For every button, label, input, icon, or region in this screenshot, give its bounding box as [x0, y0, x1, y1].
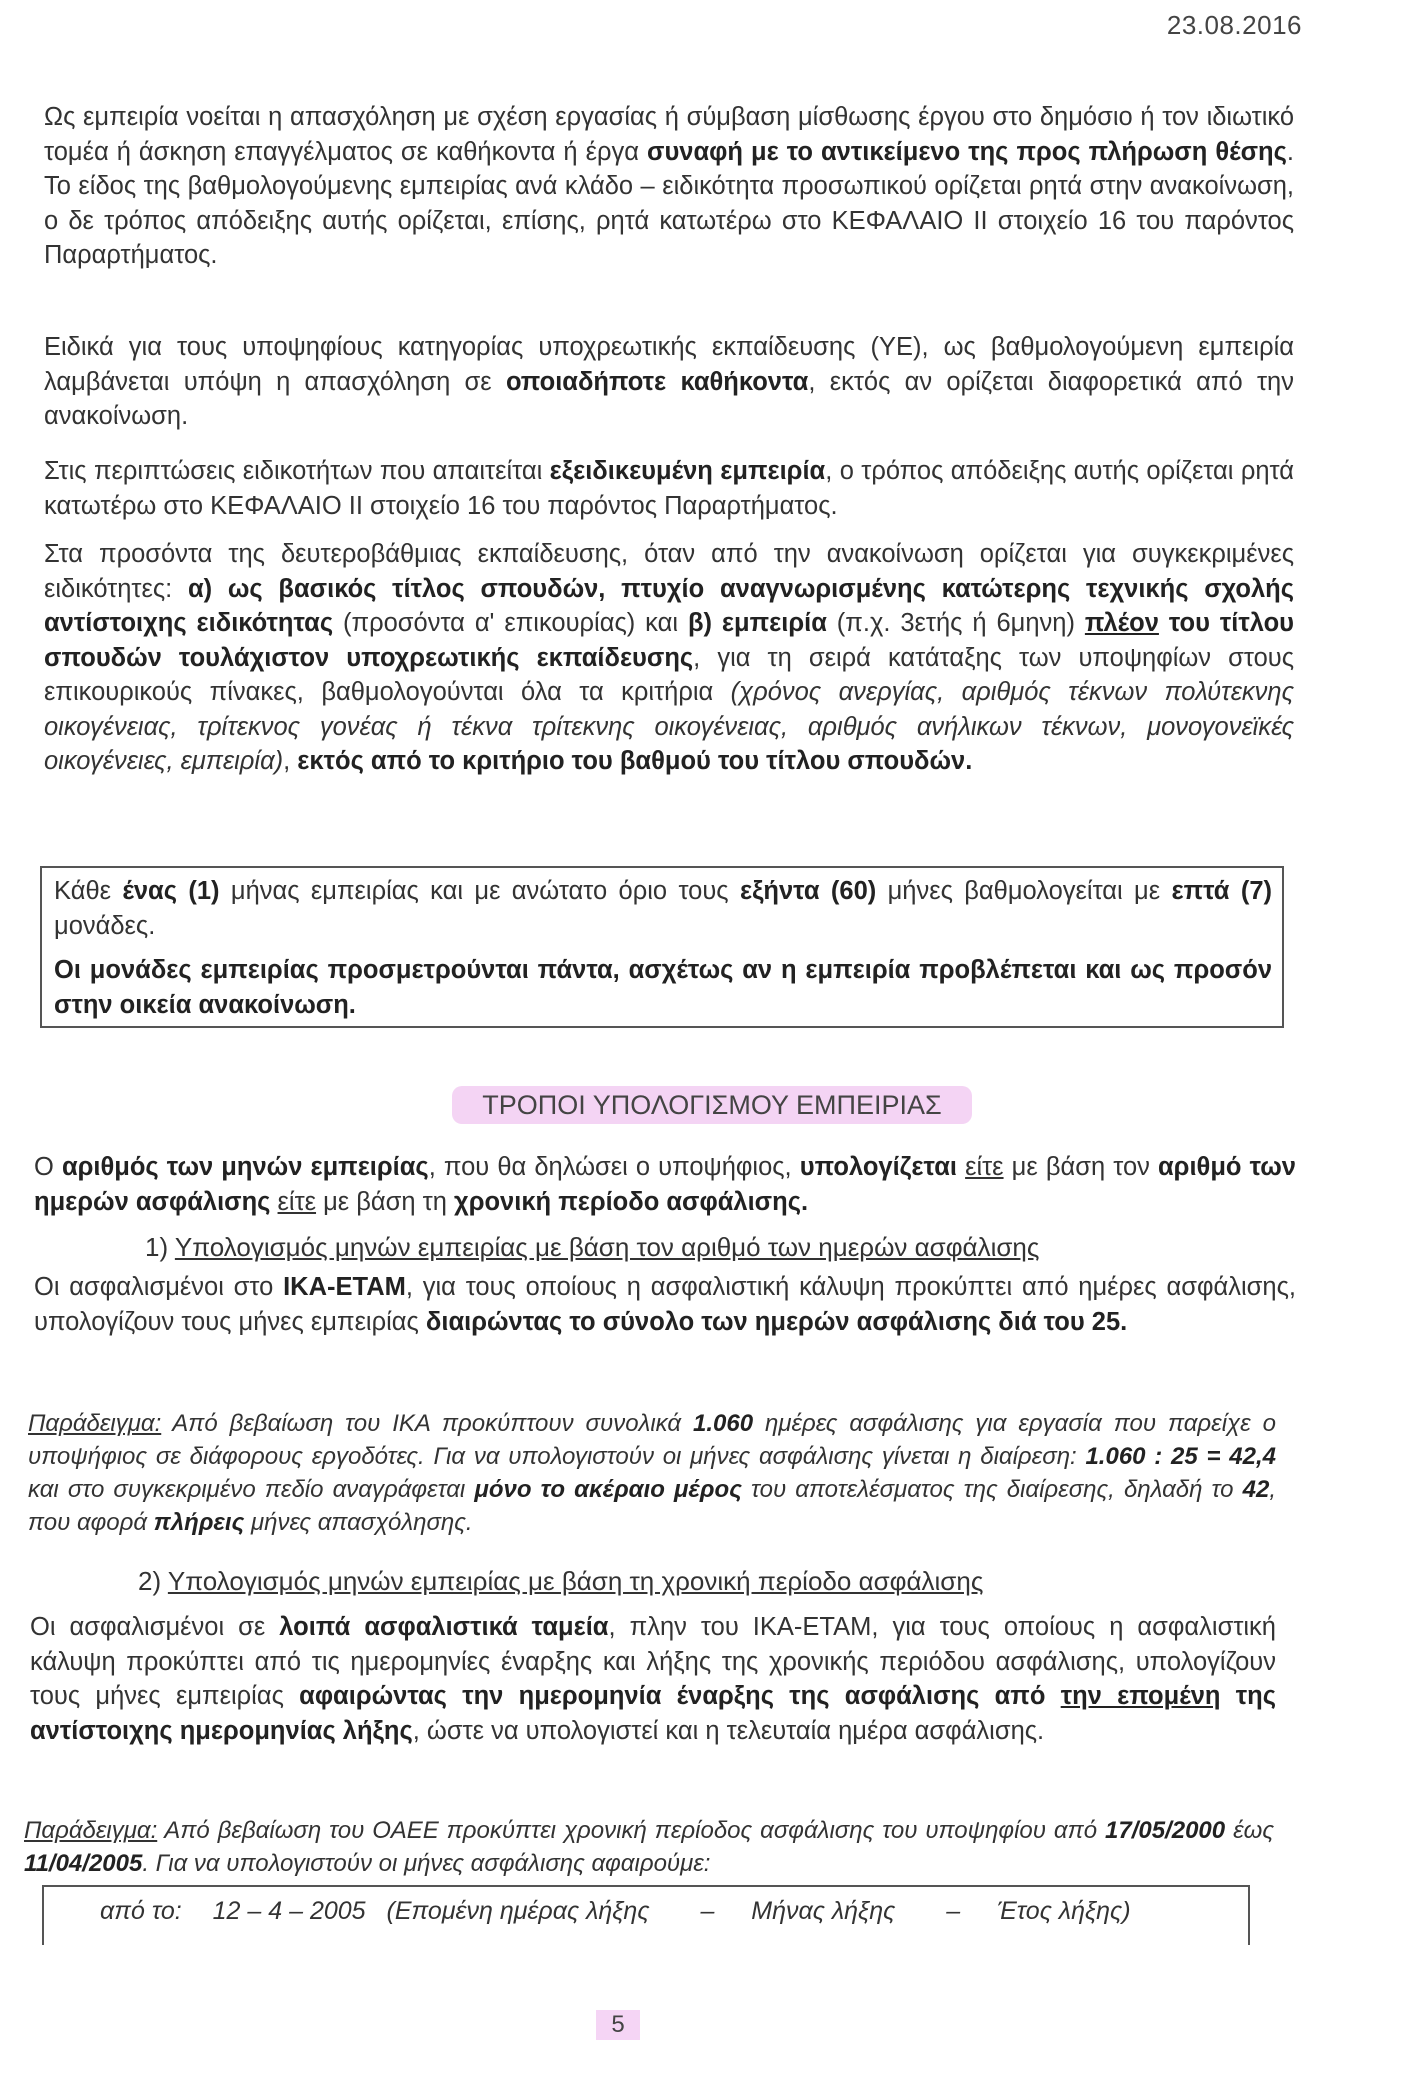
points-always-counted: Οι μονάδες εμπειρίας προσμετρούνται πάντ…	[54, 953, 1272, 1022]
desc-next-day: (Επομένη ημέρας λήξης	[387, 1897, 650, 1925]
text: μονάδες.	[54, 912, 155, 940]
desc-month: Μήνας λήξης	[751, 1897, 895, 1925]
text: Οι ασφαλισμένοι σε	[30, 1613, 279, 1641]
text: Από βεβαίωση του ΙΚΑ προκύπτουν συνολικά	[161, 1410, 693, 1437]
bold-text: αριθμός των μηνών εμπειρίας	[62, 1153, 429, 1181]
text: μήνας εμπειρίας και με ανώτατο όριο τους	[220, 877, 740, 905]
text: (προσόντα α' επικουρίας) και	[333, 609, 688, 637]
bold-text: 17/05/2000	[1105, 1817, 1225, 1844]
calculation-box: από το: 12 – 4 – 2005 (Επομένη ημέρας λή…	[42, 1885, 1250, 1945]
text: και στο συγκεκριμένο πεδίο αναγράφεται	[28, 1476, 474, 1503]
bold-text: ένας (1)	[122, 877, 219, 905]
paragraph-secondary-education: Στα προσόντα της δευτεροβάθμιας εκπαίδευ…	[44, 537, 1294, 779]
section-heading: ΤΡΟΠΟΙ ΥΠΟΛΟΓΙΣΜΟΥ ΕΜΠΕΙΡΙΑΣ	[0, 1090, 1424, 1121]
separator: –	[700, 1897, 714, 1925]
text: έως	[1225, 1817, 1274, 1844]
text: με βάση τον	[1004, 1153, 1158, 1181]
bold-text: εξήντα (60)	[740, 877, 876, 905]
bold-text: επτά (7)	[1172, 877, 1273, 905]
bold-text: διαιρώντας το σύνολο των ημερών ασφάλιση…	[426, 1308, 1127, 1336]
text: με βάση τη	[316, 1188, 454, 1216]
separator: –	[946, 1897, 960, 1925]
text: ,	[283, 747, 297, 775]
text: Ο	[34, 1153, 62, 1181]
bold-text: Οι μονάδες εμπειρίας προσμετρούνται πάντ…	[54, 956, 1272, 1019]
paragraph-experience-definition: Ως εμπειρία νοείται η απασχόληση με σχέσ…	[44, 100, 1294, 273]
subsection-1-title: 1) Υπολογισμός μηνών εμπειρίας με βάση τ…	[145, 1232, 1039, 1263]
subsection-number: 2)	[138, 1566, 168, 1596]
subsection-number: 1)	[145, 1232, 175, 1262]
bold-text: 1.060	[693, 1410, 753, 1437]
text: (π.χ. 3ετής ή 6μηνη)	[827, 609, 1085, 637]
example-label: Παράδειγμα:	[28, 1410, 161, 1437]
underlined-bold-text: πλέον	[1085, 609, 1159, 637]
text: μήνες απασχόλησης.	[244, 1509, 472, 1536]
text: Κάθε	[54, 877, 122, 905]
experience-points-box: Κάθε ένας (1) μήνας εμπειρίας και με ανώ…	[40, 866, 1284, 1028]
bold-text: ΙΚΑ-ΕΤΑΜ	[283, 1273, 406, 1301]
text: του αποτελέσματος της διαίρεσης, δηλαδή …	[742, 1476, 1243, 1503]
underlined-text: είτε	[965, 1153, 1003, 1181]
paragraph-ye-candidates: Ειδικά για τους υποψηφίους κατηγορίας υπ…	[44, 330, 1294, 434]
subsection-title: Υπολογισμός μηνών εμπειρίας με βάση τη χ…	[168, 1566, 983, 1596]
paragraph-specialized-experience: Στις περιπτώσεις ειδικοτήτων που απαιτεί…	[44, 454, 1294, 523]
text: , που θα δηλώσει ο υποψήφιος,	[429, 1153, 800, 1181]
paragraph-ika-calculation: Οι ασφαλισμένοι στο ΙΚΑ-ΕΤΑΜ, για τους ο…	[34, 1270, 1296, 1339]
bold-text: οποιαδήποτε καθήκοντα	[506, 368, 808, 396]
document-date: 23.08.2016	[1167, 10, 1302, 41]
underlined-bold-text: την επομένη	[1061, 1682, 1221, 1710]
desc-year: Έτος λήξης)	[997, 1897, 1130, 1925]
bold-text: αφαιρώντας την ημερομηνία έναρξης της ασ…	[299, 1682, 1061, 1710]
text: . Για να υπολογιστούν οι μήνες ασφάλισης…	[142, 1850, 710, 1877]
paragraph-other-funds-calculation: Οι ασφαλισμένοι σε λοιπά ασφαλιστικά ταμ…	[30, 1610, 1276, 1748]
bold-text: εκτός από το κριτήριο του βαθμού του τίτ…	[297, 747, 972, 775]
bold-text: 1.060 : 25 = 42,4	[1085, 1443, 1276, 1470]
subsection-2-title: 2) Υπολογισμός μηνών εμπειρίας με βάση τ…	[138, 1566, 983, 1597]
underlined-text: είτε	[278, 1188, 316, 1216]
bold-text: υπολογίζεται	[800, 1153, 957, 1181]
text: μήνες βαθμολογείται με	[876, 877, 1171, 905]
bold-text: 11/04/2005	[24, 1850, 142, 1877]
bold-text: συναφή με το αντικείμενο της προς πλήρωσ…	[647, 138, 1287, 166]
bold-text: χρονική περίοδο ασφάλισης.	[454, 1188, 808, 1216]
bold-text: μόνο το ακέραιο μέρος	[474, 1476, 742, 1503]
bold-text: πλήρεις	[154, 1509, 245, 1536]
example-label: Παράδειγμα:	[24, 1817, 157, 1844]
bold-text: β) εμπειρία	[688, 609, 827, 637]
text: , ώστε να υπολογιστεί και η τελευταία ημ…	[413, 1717, 1044, 1745]
bold-text: εξειδικευμένη εμπειρία	[550, 457, 826, 485]
page-number: 5	[596, 2010, 640, 2040]
paragraph-calculation-intro: Ο αριθμός των μηνών εμπειρίας, που θα δη…	[34, 1150, 1296, 1219]
bold-text: 42	[1243, 1476, 1270, 1503]
example-ika: Παράδειγμα: Από βεβαίωση του ΙΚΑ προκύπτ…	[28, 1407, 1276, 1539]
text: Στις περιπτώσεις ειδικοτήτων που απαιτεί…	[44, 457, 550, 485]
subsection-title: Υπολογισμός μηνών εμπειρίας με βάση τον …	[175, 1232, 1040, 1262]
from-label: από το:	[100, 1897, 182, 1925]
text: Από βεβαίωση του ΟΑΕΕ προκύπτει χρονική …	[157, 1817, 1105, 1844]
example-oaee: Παράδειγμα: Από βεβαίωση του ΟΑΕΕ προκύπ…	[24, 1814, 1274, 1880]
text: Οι ασφαλισμένοι στο	[34, 1273, 283, 1301]
heading-text: ΤΡΟΠΟΙ ΥΠΟΛΟΓΙΣΜΟΥ ΕΜΠΕΙΡΙΑΣ	[452, 1086, 971, 1124]
points-rule: Κάθε ένας (1) μήνας εμπειρίας και με ανώ…	[54, 874, 1272, 943]
end-date-next: 12 – 4 – 2005	[213, 1897, 366, 1925]
bold-text: λοιπά ασφαλιστικά ταμεία	[279, 1613, 608, 1641]
